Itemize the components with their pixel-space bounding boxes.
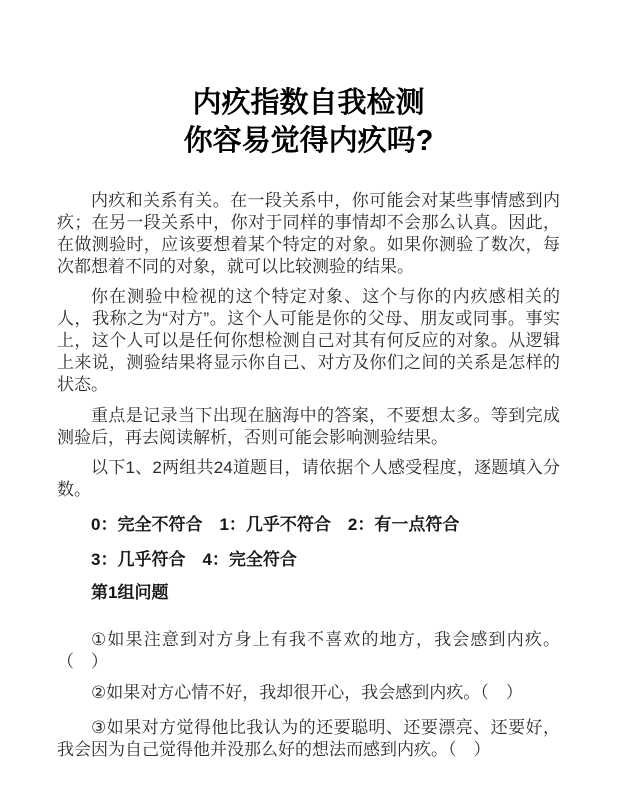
document-page: 内疚指数自我检测 你容易觉得内疚吗? 内疚和关系有关。在一段关系中，你可能会对某…	[0, 0, 618, 801]
group1-question-1: ①如果注意到对方身上有我不喜欢的地方，我会感到内疚。（ ）	[57, 629, 560, 673]
page-title-line-1: 内疚指数自我检测	[57, 84, 560, 122]
group1-question-2: ②如果对方心情不好，我却很开心，我会感到内疚。（ ）	[57, 682, 560, 704]
page-title: 内疚指数自我检测 你容易觉得内疚吗?	[57, 84, 560, 160]
intro-paragraph-2: 你在测验中检视的这个特定对象、这个与你的内疚感相关的人，我称之为“对方”。这个人…	[57, 286, 560, 396]
intro-paragraph-1: 内疚和关系有关。在一段关系中，你可能会对某些事情感到内疚；在另一段关系中，你对于…	[57, 190, 560, 278]
group1-heading: 第1组问题	[57, 582, 560, 604]
group1-question-3: ③如果对方觉得他比我认为的还要聪明、还要漂亮、还要好，我会因为自己觉得他并没那么…	[57, 717, 560, 761]
page-title-line-2: 你容易觉得内疚吗?	[57, 122, 560, 160]
score-scale-line-1: 0：完全不符合 1：几乎不符合 2：有一点符合	[57, 514, 560, 536]
intro-paragraph-4: 以下1、2两组共24道题目，请依据个人感受程度，逐题填入分数。	[57, 457, 560, 501]
score-scale-line-2: 3：几乎符合 4：完全符合	[57, 549, 560, 571]
intro-paragraph-3: 重点是记录当下出现在脑海中的答案，不要想太多。等到完成测验后，再去阅读解析，否则…	[57, 405, 560, 449]
